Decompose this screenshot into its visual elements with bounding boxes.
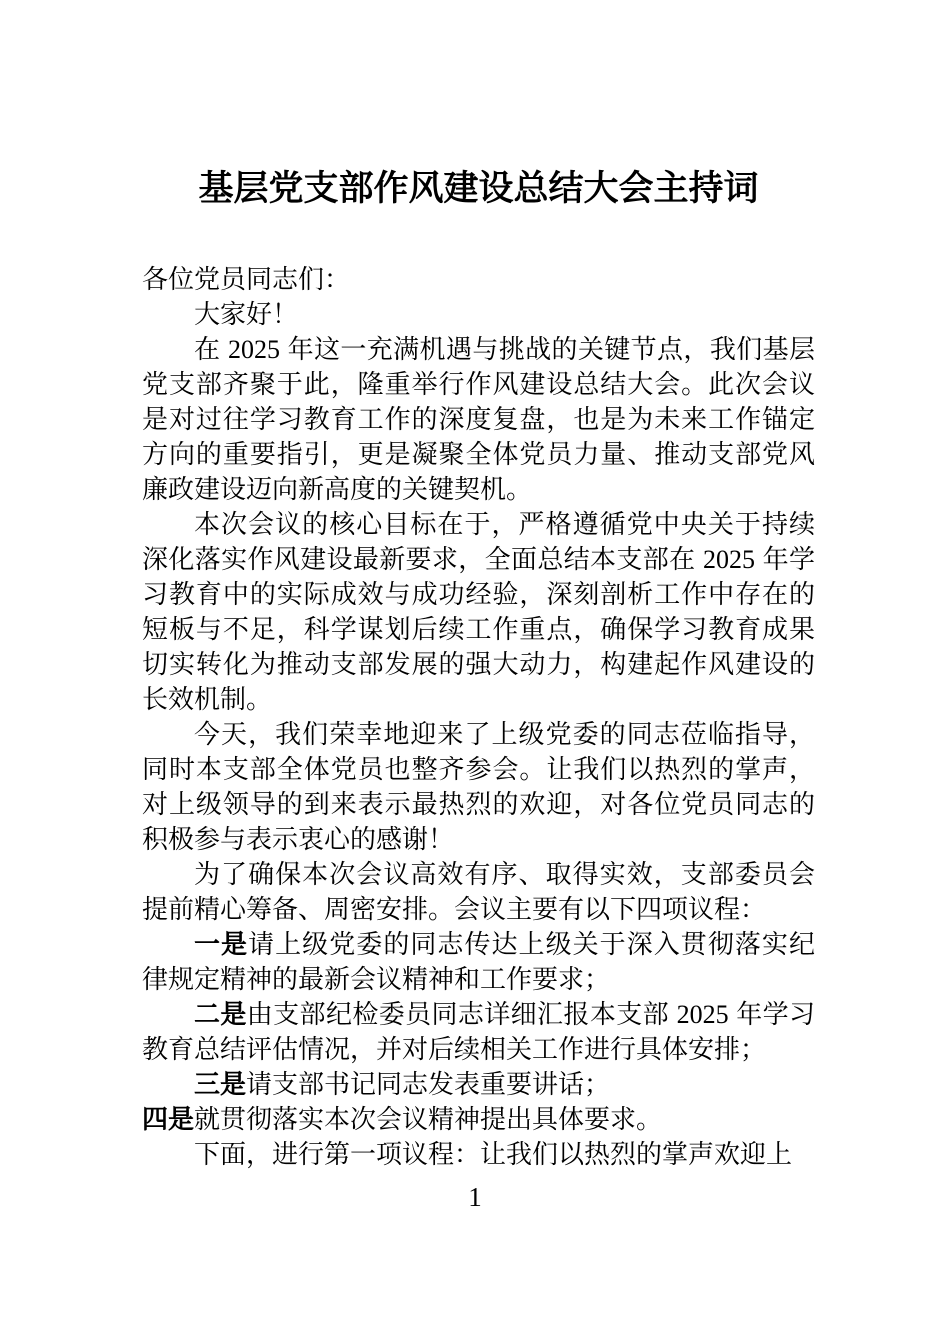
- paragraph-agenda-intro: 为了确保本次会议高效有序、取得实效，支部委员会提前精心筹备、周密安排。会议主要有…: [142, 857, 815, 927]
- document-body: 基层党支部作风建设总结大会主持词 各位党员同志们： 大家好！ 在 2025 年这…: [142, 0, 815, 1172]
- agenda-item-1: 一是请上级党委的同志传达上级关于深入贯彻落实纪律规定精神的最新会议精神和工作要求…: [142, 927, 815, 997]
- agenda-4-prefix: 四是: [142, 1104, 194, 1134]
- agenda-item-2: 二是由支部纪检委员同志详细汇报本支部 2025 年学习教育总结评估情况，并对后续…: [142, 997, 815, 1067]
- agenda-3-prefix: 三是: [194, 1069, 246, 1099]
- paragraph-goals: 本次会议的核心目标在于，严格遵循党中央关于持续深化落实作风建设最新要求，全面总结…: [142, 507, 815, 717]
- greeting-line: 大家好！: [142, 297, 815, 332]
- paragraph-opening: 在 2025 年这一充满机遇与挑战的关键节点，我们基层党支部齐聚于此，隆重举行作…: [142, 332, 815, 507]
- paragraph-welcome: 今天，我们荣幸地迎来了上级党委的同志莅临指导，同时本支部全体党员也整齐参会。让我…: [142, 717, 815, 857]
- page-number: 1: [0, 1180, 950, 1214]
- agenda-3-text: 请支部书记同志发表重要讲话；: [246, 1069, 610, 1099]
- document-title: 基层党支部作风建设总结大会主持词: [142, 166, 815, 212]
- agenda-1-prefix: 一是: [194, 929, 248, 959]
- document-page: 基层党支部作风建设总结大会主持词 各位党员同志们： 大家好！ 在 2025 年这…: [0, 0, 950, 1344]
- agenda-4-text: 就贯彻落实本次会议精神提出具体要求。: [194, 1104, 662, 1134]
- agenda-2-prefix: 二是: [194, 999, 247, 1029]
- agenda-item-3: 三是请支部书记同志发表重要讲话；: [142, 1067, 815, 1102]
- agenda-item-4: 四是就贯彻落实本次会议精神提出具体要求。: [142, 1102, 815, 1137]
- salutation-line: 各位党员同志们：: [142, 262, 815, 297]
- paragraph-closing: 下面，进行第一项议程：让我们以热烈的掌声欢迎上: [142, 1137, 815, 1172]
